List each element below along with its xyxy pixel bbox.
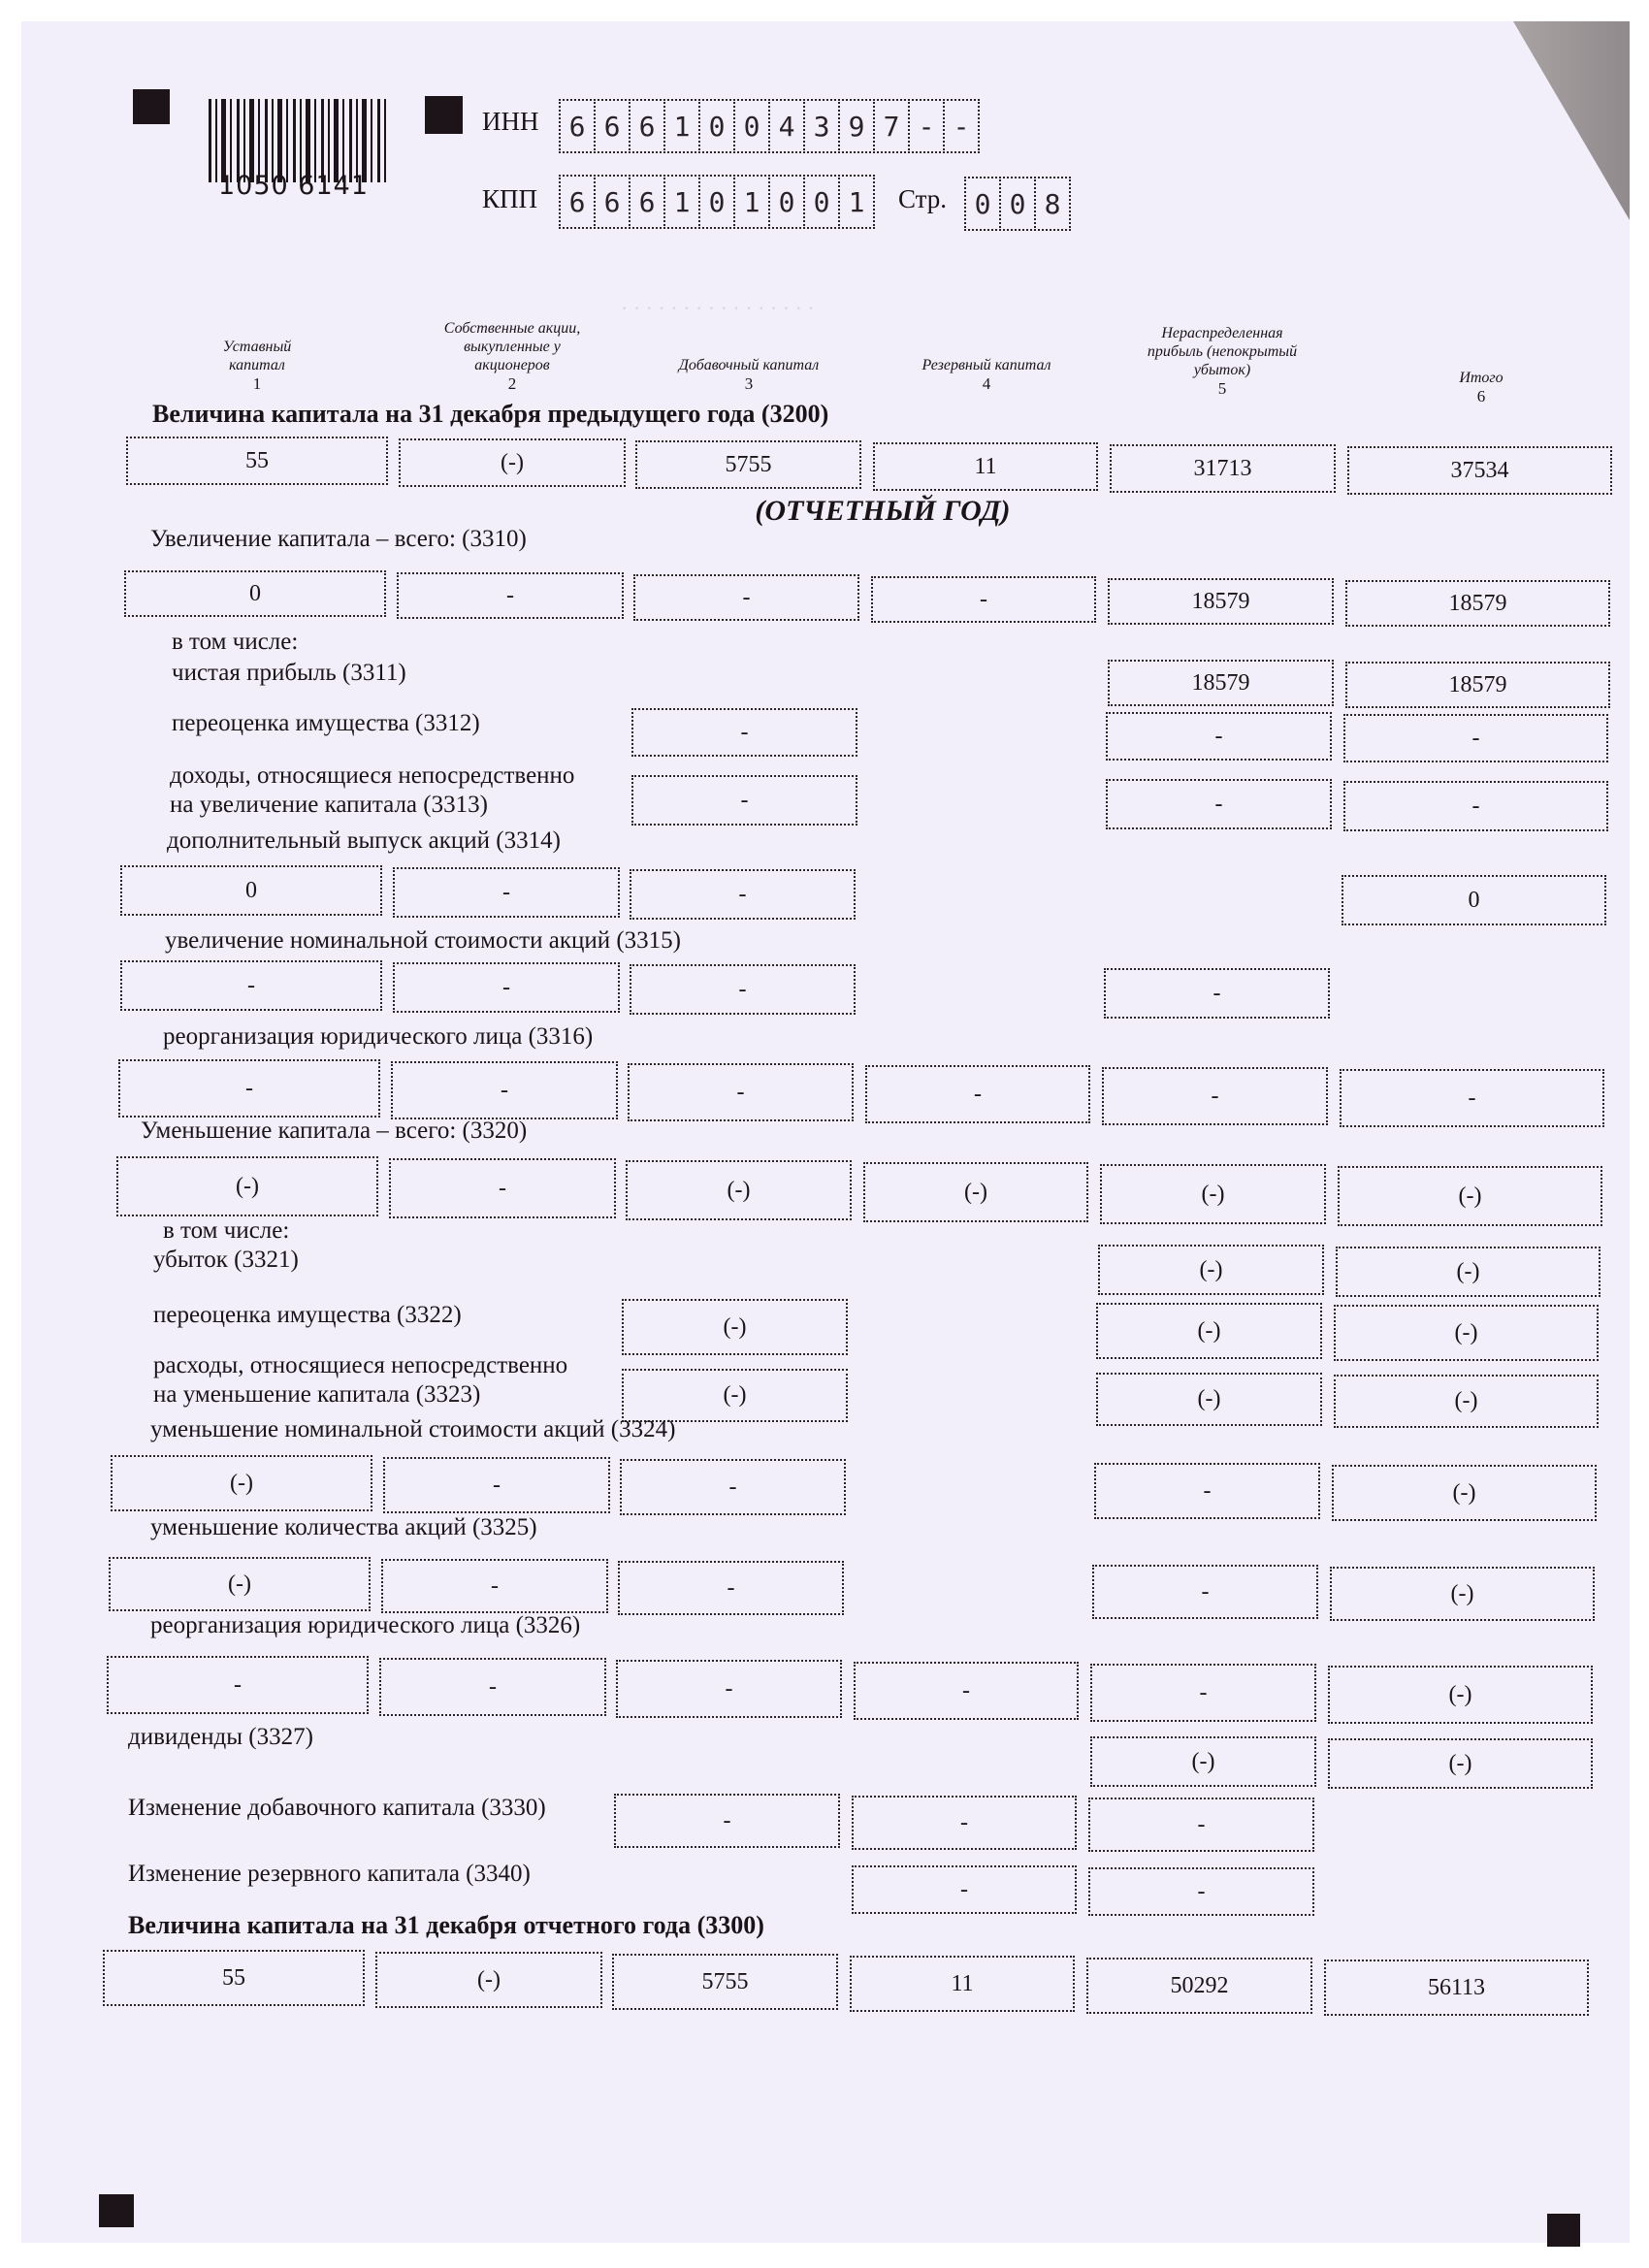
column-number: 4 [875,374,1098,393]
digit-cell: 0 [733,99,770,153]
column-number: 3 [637,374,860,393]
inn-label: ИНН [482,107,539,137]
value-box-3300-col4: 11 [850,1956,1075,2012]
value-box-3316-col6: - [1340,1069,1604,1127]
value-box-3300-col5: 50292 [1086,1958,1312,2014]
row-label-3315: увеличение номинальной стоимости акций (… [165,927,681,955]
digit-cell: 1 [663,99,700,153]
digit-cell: 1 [838,175,875,229]
column-header-text: акционеров [401,356,624,374]
including-label: в том числе: [163,1217,289,1245]
digit-cell: 7 [873,99,910,153]
value-box-3340-col4: - [852,1865,1077,1914]
digit-cell: 6 [559,99,596,153]
value-box-3321-col5: (-) [1098,1245,1324,1295]
alignment-marker-top-mid [425,96,463,134]
value-box-3320-col6: (-) [1338,1166,1602,1226]
digit-cell: 0 [698,99,735,153]
row-label-3320: Уменьшение капитала – всего: (3320) [141,1118,527,1145]
row-label-3300: Величина капитала на 31 декабря отчетног… [128,1911,764,1940]
value-box-3313-col6: - [1343,781,1608,831]
value-box-3326-col2: - [379,1658,606,1716]
alignment-marker-top-left [133,89,170,124]
value-box-3325-col3: - [618,1561,844,1615]
column-header-text: убыток) [1111,361,1334,379]
value-box-3323-col3: (-) [622,1369,848,1422]
column-number: 6 [1370,387,1593,405]
value-box-3200-col4: 11 [873,442,1098,491]
column-header-4: Резервный капитал4 [875,356,1098,393]
value-box-3327-col6: (-) [1328,1738,1593,1789]
value-box-3314-col1: 0 [120,865,382,916]
page-number-field: 008 [964,177,1069,231]
digit-cell: 3 [803,99,840,153]
row-label-3325: уменьшение количества акций (3325) [150,1514,537,1541]
digit-cell: - [908,99,945,153]
row-label-3323: расходы, относящиеся непосредственно [153,1352,567,1379]
value-box-3312-col5: - [1106,712,1332,761]
value-box-3200-col6: 37534 [1347,446,1612,495]
value-box-3313-col5: - [1106,779,1332,829]
row-label-3314: дополнительный выпуск акций (3314) [167,827,561,855]
row-label-3327: дивиденды (3327) [128,1724,313,1751]
value-box-3323-col6: (-) [1334,1375,1599,1428]
page-label: Стр. [898,184,947,214]
value-box-3325-col5: - [1092,1565,1318,1619]
row-label-3321: убыток (3321) [153,1247,299,1274]
value-box-3310-col4: - [871,576,1096,623]
value-box-3326-col6: (-) [1328,1666,1593,1724]
value-box-3320-col1: (-) [116,1156,378,1216]
row-label-3312: переоценка имущества (3312) [172,710,480,737]
value-box-3314-col6: 0 [1342,875,1606,925]
column-number: 1 [145,374,369,393]
value-box-3312-col6: - [1343,714,1608,762]
digit-cell: 6 [629,99,665,153]
column-header-text: Добавочный капитал [637,356,860,374]
value-box-3326-col4: - [854,1662,1079,1720]
value-box-3330-col4: - [852,1796,1077,1850]
digit-cell: 4 [768,99,805,153]
alignment-marker-bottom-left [99,2194,134,2227]
value-box-3310-col6: 18579 [1345,580,1610,627]
value-box-3324-col1: (-) [111,1455,372,1511]
value-box-3314-col2: - [393,867,620,918]
column-header-3: Добавочный капитал3 [637,356,860,393]
row-label-3316: реорганизация юридического лица (3316) [163,1023,593,1051]
value-box-3315-col3: - [630,964,856,1015]
value-box-3300-col1: 55 [103,1950,365,2006]
value-box-3324-col2: - [383,1457,610,1513]
column-number: 5 [1111,379,1334,398]
digit-cell: 6 [594,99,630,153]
value-box-3314-col3: - [630,869,856,920]
digit-cell: 0 [999,177,1036,231]
row-label-3326: реорганизация юридического лица (3326) [150,1612,580,1639]
value-box-3310-col5: 18579 [1108,578,1334,625]
folded-corner-edge [1513,21,1630,220]
row-label-3322: переоценка имущества (3322) [153,1302,462,1329]
value-box-3312-col3: - [631,708,857,757]
value-box-3310-col1: 0 [124,570,386,617]
value-box-3325-col1: (-) [109,1557,371,1611]
value-box-3300-col3: 5755 [612,1954,838,2010]
inn-field: 6661004397-- [559,99,978,153]
row-label-3200: Величина капитала на 31 декабря предыдущ… [152,400,828,429]
value-box-3316-col1: - [118,1059,380,1118]
value-box-3311-col6: 18579 [1345,662,1610,708]
digit-cell: 0 [803,175,840,229]
value-box-3200-col2: (-) [399,438,626,487]
row-label-3340: Изменение резервного капитала (3340) [128,1861,531,1888]
column-number: 2 [401,374,624,393]
digit-cell: 9 [838,99,875,153]
digit-cell: 1 [733,175,770,229]
column-header-text: капитал [145,356,369,374]
value-box-3323-col5: (-) [1096,1373,1322,1426]
column-header-text: Уставный [145,338,369,356]
value-box-3322-col3: (-) [622,1299,848,1355]
column-header-text: Нераспределенная [1111,324,1334,342]
column-header-5: Нераспределеннаяприбыль (непокрытыйубыто… [1111,324,1334,398]
row-label-3313: на увеличение капитала (3313) [170,792,488,819]
value-box-3311-col5: 18579 [1108,660,1334,706]
digit-cell: 0 [698,175,735,229]
row-label-3311: чистая прибыль (3311) [172,660,406,687]
value-box-3300-col6: 56113 [1324,1960,1589,2016]
value-box-3316-col5: - [1102,1067,1328,1125]
digit-cell: 1 [663,175,700,229]
value-box-3322-col5: (-) [1096,1303,1322,1359]
value-box-3313-col3: - [631,775,857,826]
value-box-3320-col3: (-) [626,1160,852,1220]
value-box-3324-col6: (-) [1332,1465,1597,1521]
value-box-3310-col2: - [397,572,624,619]
value-box-3321-col6: (-) [1336,1247,1600,1297]
kpp-label: КПП [482,184,537,214]
row-label-3310: Увеличение капитала – всего: (3310) [150,526,527,553]
value-box-3200-col5: 31713 [1110,444,1336,493]
barcode-number: 1050 6141 [218,171,369,201]
show-through-text: · · · · · · · · · · · · · · · · [621,296,815,321]
column-header-text: прибыль (непокрытый [1111,342,1334,361]
column-header-6: Итого6 [1370,369,1593,405]
value-box-3200-col3: 5755 [635,440,861,489]
value-box-3340-col5: - [1088,1867,1314,1916]
column-header-2: Собственные акции,выкупленные уакционеро… [401,319,624,393]
column-header-text: Собственные акции, [401,319,624,338]
value-box-3316-col2: - [391,1061,618,1119]
value-box-3320-col5: (-) [1100,1164,1326,1224]
including-label: в том числе: [172,629,298,656]
scan-margin [1630,0,1649,2268]
column-header-text: выкупленные у [401,338,624,356]
column-header-text: Резервный капитал [875,356,1098,374]
row-label-3313: доходы, относящиеся непосредственно [170,762,574,790]
digit-cell: 8 [1034,177,1071,231]
kpp-field: 666101001 [559,175,873,229]
value-box-3320-col4: (-) [863,1162,1088,1222]
value-box-3330-col3: - [614,1794,840,1848]
value-box-3316-col4: - [865,1065,1090,1123]
alignment-marker-bottom-right [1547,2214,1580,2247]
value-box-3322-col6: (-) [1334,1305,1599,1361]
value-box-3200-col1: 55 [126,437,388,485]
value-box-3326-col3: - [616,1660,842,1718]
digit-cell: 6 [594,175,630,229]
column-header-1: Уставныйкапитал1 [145,338,369,393]
section-label-reporting-year: (ОТЧЕТНЫЙ ГОД) [737,495,1028,528]
row-label-3323: на уменьшение капитала (3323) [153,1381,480,1409]
value-box-3300-col2: (-) [375,1952,602,2008]
value-box-3326-col5: - [1090,1664,1316,1722]
value-box-3324-col3: - [620,1459,846,1515]
value-box-3315-col5: - [1104,968,1330,1019]
value-box-3315-col1: - [120,960,382,1011]
value-box-3326-col1: - [107,1656,369,1714]
value-box-3310-col3: - [633,574,859,621]
digit-cell: 6 [629,175,665,229]
value-box-3325-col6: (-) [1330,1567,1595,1621]
digit-cell: 0 [964,177,1001,231]
value-box-3324-col5: - [1094,1463,1320,1519]
value-box-3315-col2: - [393,962,620,1013]
value-box-3316-col3: - [628,1063,854,1121]
value-box-3330-col5: - [1088,1798,1314,1852]
value-box-3325-col2: - [381,1559,608,1613]
value-box-3320-col2: - [389,1158,616,1218]
value-box-3327-col5: (-) [1090,1736,1316,1787]
row-label-3330: Изменение добавочного капитала (3330) [128,1795,546,1822]
row-label-3324: уменьшение номинальной стоимости акций (… [150,1416,675,1443]
digit-cell: 0 [768,175,805,229]
digit-cell: - [943,99,980,153]
digit-cell: 6 [559,175,596,229]
column-header-text: Итого [1370,369,1593,387]
